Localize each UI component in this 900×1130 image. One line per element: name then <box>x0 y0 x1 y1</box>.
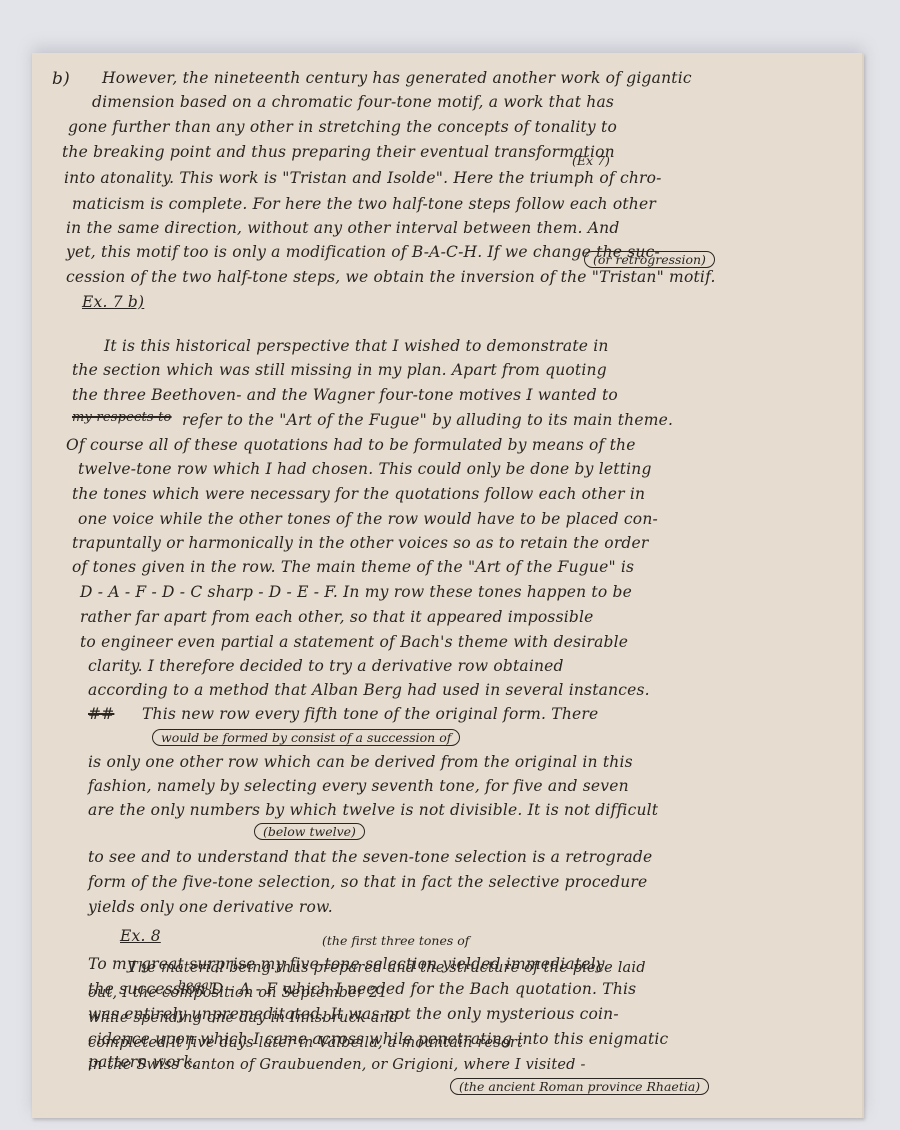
text-line: while spending one day in Innsbruck and <box>88 1010 399 1026</box>
text-line: The material being thus prepared and the… <box>128 960 646 976</box>
paragraph-4-layer: The material being thus prepared and the… <box>32 0 862 1130</box>
text-line: completed it five days later in Valbella… <box>88 1035 523 1051</box>
text-line: in the Swiss canton of Graubuenden, or G… <box>88 1057 586 1073</box>
inserted-note-rhaetia: (the ancient Roman province Rhaetia) <box>450 1078 709 1095</box>
text-line: out, I the composition on September 21 <box>88 985 388 1001</box>
